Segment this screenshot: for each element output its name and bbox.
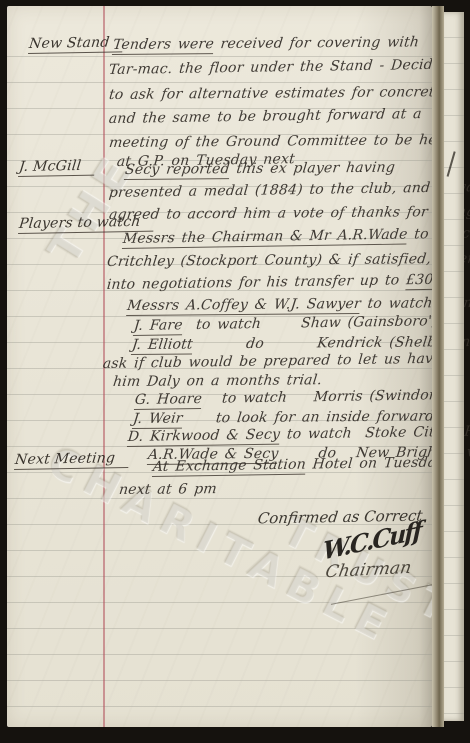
script-segment: Critchley (Stockport County) & if satisf…	[106, 251, 470, 270]
minute-book-scan: THE CHARITABLE TRUST New StandJ. McGillP…	[0, 0, 470, 743]
script-segment: D. Kirkwood & Secy	[127, 427, 281, 447]
script-segment: to ask for alternative estimates for con…	[108, 84, 449, 103]
script-segment: J. Elliott	[131, 336, 194, 355]
facing-page-ruled-lines	[444, 12, 464, 721]
margin-heading: Next Meeting	[14, 450, 130, 470]
script-line: to ask for alternative estimates for con…	[108, 83, 449, 104]
script-segment: to watch Shaw (Gainsboro')	[182, 313, 438, 333]
script-segment: this ex player having	[229, 160, 396, 177]
script-segment: Tenders were	[112, 36, 215, 55]
script-segment: Secy reported	[124, 161, 231, 180]
book-gutter	[432, 6, 444, 727]
script-line: agreed to accord him a vote of thanks fo…	[108, 203, 470, 224]
script-segment: J. Weir	[132, 411, 184, 429]
margin-heading: New Stand	[28, 34, 124, 54]
script-segment: meeting of the Ground Committee to be he…	[108, 132, 452, 151]
facing-page-edge	[444, 12, 464, 721]
script-segment: received for covering with	[213, 34, 420, 52]
script-segment: J. Fare	[133, 317, 184, 336]
script-line: Secy reported this ex player having	[124, 159, 396, 179]
script-segment: him Daly on a months trial.	[112, 372, 323, 390]
margin-heading: J. McGill	[18, 158, 96, 177]
script-segment: agreed to accord him a vote of thanks fo…	[108, 204, 470, 223]
script-segment: next at 6 pm	[118, 481, 218, 498]
script-segment: into negotiations for his transfer up to	[106, 272, 407, 293]
script-segment: At Exchange Station	[152, 457, 307, 477]
script-segment: Hotel on Tuesday	[305, 454, 445, 472]
script-line: meeting of the Ground Committee to be he…	[108, 131, 452, 152]
script-line: Tenders were received for covering with	[112, 33, 420, 54]
script-line: next at 6 pm	[118, 480, 218, 499]
script-segment: to watch Morris (Swindon)	[201, 387, 444, 407]
script-line: Critchley (Stockport County) & if satisf…	[106, 250, 470, 271]
script-segment: G. Hoare	[134, 391, 203, 410]
